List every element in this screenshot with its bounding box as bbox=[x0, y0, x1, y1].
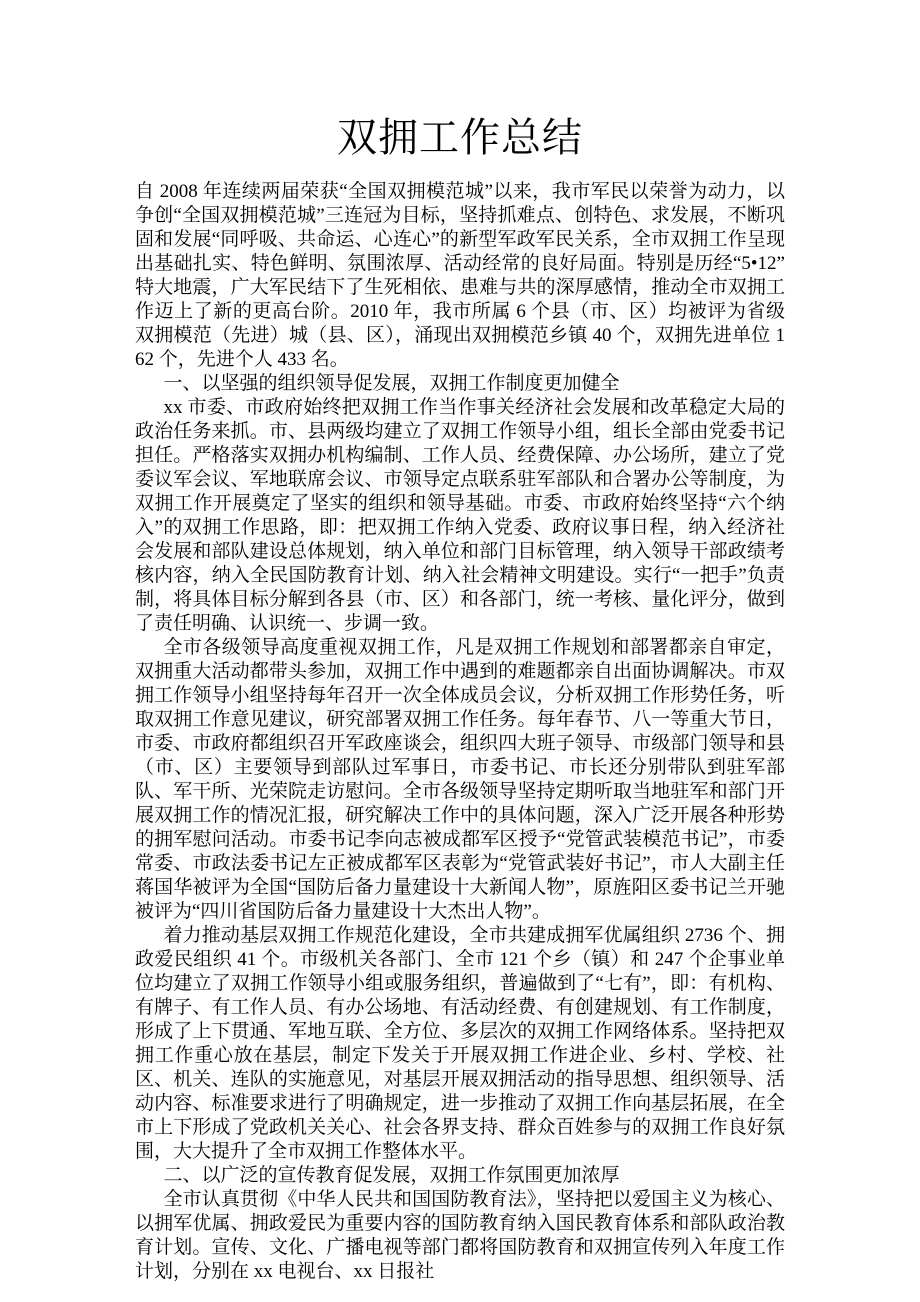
intro-paragraph: 自 2008 年连续两届荣获“全国双拥模范城”以来，我市军民以荣誉为动力，以争创… bbox=[135, 180, 785, 372]
section-1-heading: 一、以坚强的组织领导促发展，双拥工作制度更加健全 bbox=[135, 372, 785, 396]
section-1-paragraph-3: 着力推动基层双拥工作规范化建设，全市共建成拥军优属组织 2736 个、拥政爱民组… bbox=[135, 924, 785, 1164]
section-2-paragraph-1: 全市认真贯彻《中华人民共和国国防教育法》，坚持把以爱国主义为核心、以拥军优属、拥… bbox=[135, 1188, 785, 1284]
section-1-paragraph-1: xx 市委、市政府始终把双拥工作当作事关经济社会发展和改革稳定大局的政治任务来抓… bbox=[135, 396, 785, 636]
section-2-heading: 二、以广泛的宣传教育促发展，双拥工作氛围更加浓厚 bbox=[135, 1164, 785, 1188]
section-1-paragraph-2: 全市各级领导高度重视双拥工作，凡是双拥工作规划和部署都亲自审定，双拥重大活动都带… bbox=[135, 636, 785, 924]
document-content: 双拥工作总结 自 2008 年连续两届荣获“全国双拥模范城”以来，我市军民以荣誉… bbox=[135, 0, 785, 1284]
document-title: 双拥工作总结 bbox=[135, 112, 785, 164]
document-page: 双拥工作总结 自 2008 年连续两届荣获“全国双拥模范城”以来，我市军民以荣誉… bbox=[0, 0, 920, 1302]
